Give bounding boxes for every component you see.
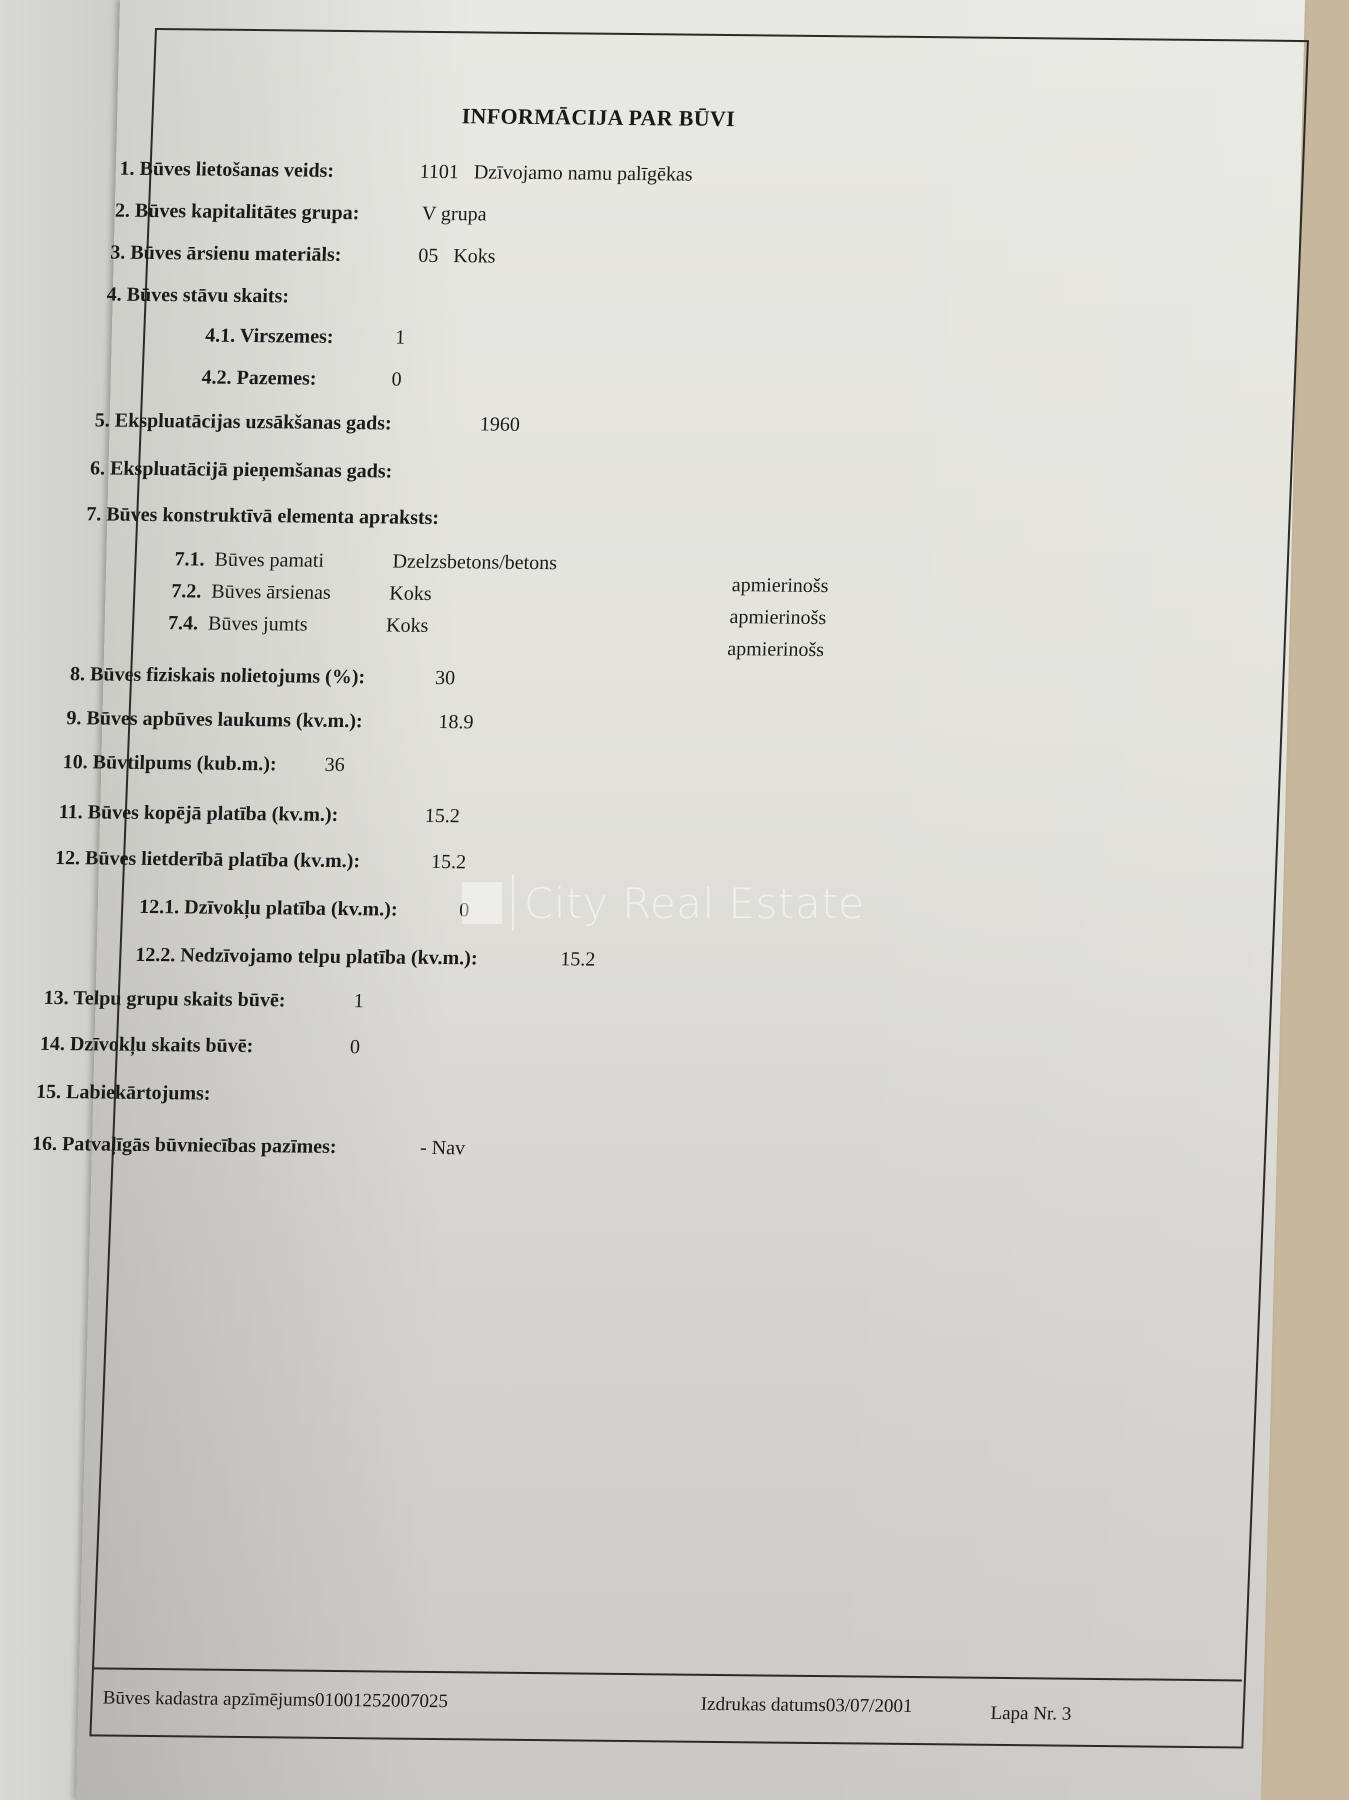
field-label: 12.2. Nedzīvojamo telpu platība (kv.m.): <box>135 944 478 970</box>
field-value: 15.2 <box>431 851 467 874</box>
field-label: 1. Būves lietošanas veids: <box>119 158 334 182</box>
field-label: 4.1. Virszemes: <box>205 325 334 348</box>
element-condition: apmierinošs <box>727 638 825 662</box>
field-value: 0 <box>349 1036 360 1059</box>
field-amenities: 15. Labiekārtojums: <box>36 1081 211 1106</box>
field-value: 05 Koks <box>418 245 496 269</box>
field-wall-material: 3. Būves ārsienu materiāls: 05 Koks <box>110 242 342 267</box>
element-name: Būves ārsienas <box>211 581 331 604</box>
field-label: 10. Būvtilpums (kub.m.): <box>62 751 277 775</box>
field-label: 7. Būves konstruktīvā elementa apraksts: <box>86 503 440 529</box>
field-label: 6. Ekspluatācijā pieņemšanas gads: <box>90 457 393 482</box>
field-label: 15. Labiekārtojums: <box>36 1081 211 1105</box>
element-number: 7.4. <box>168 612 204 634</box>
field-floors-above: 4.1. Virszemes: 1 <box>205 325 334 349</box>
field-useful-area: 12. Būves lietderībā platība (kv.m.): 15… <box>55 847 361 873</box>
page-number: Lapa Nr. 3 <box>990 1703 1072 1726</box>
field-floors-below: 4.2. Pazemes: 0 <box>201 367 317 391</box>
field-apartment-count: 14. Dzīvokļu skaits būvē: 0 <box>39 1033 253 1058</box>
field-value: - Nav <box>420 1137 466 1160</box>
watermark-text: City Real Estate <box>524 879 865 928</box>
field-value: 36 <box>324 754 345 777</box>
field-value: 1 <box>395 327 406 350</box>
field-label: 11. Būves kopējā platība (kv.m.): <box>58 801 338 826</box>
field-label: 4. Būves stāvu skaits: <box>106 284 289 308</box>
field-nonresidential-area: 12.2. Nedzīvojamo telpu platība (kv.m.):… <box>135 944 478 971</box>
print-date: Izdrukas datums03/07/2001 <box>700 1694 912 1718</box>
field-capital-group: 2. Būves kapitalitātes grupa: V grupa <box>115 200 360 226</box>
cadastre-designation: Būves kadastra apzīmējums01001252007025 <box>102 1688 448 1714</box>
field-unauthorized-construction: 16. Patvaļīgās būvniecības pazīmes: - Na… <box>32 1133 337 1159</box>
field-physical-wear: 8. Būves fiziskais nolietojums (%): 30 <box>70 663 366 689</box>
element-name: Būves pamati <box>214 549 324 572</box>
element-number: 7.2. <box>171 580 207 602</box>
watermark-logo-icon <box>462 882 502 924</box>
field-operation-start-year: 5. Ekspluatācijas uzsākšanas gads: 1960 <box>94 409 392 435</box>
field-structural-elements: 7. Būves konstruktīvā elementa apraksts: <box>86 503 440 530</box>
field-label: 5. Ekspluatācijas uzsākšanas gads: <box>94 409 392 434</box>
field-acceptance-year: 6. Ekspluatācijā pieņemšanas gads: <box>90 457 393 483</box>
watermark-divider <box>512 875 514 931</box>
field-label: 13. Telpu grupu skaits būvē: <box>43 987 286 1012</box>
field-label: 2. Būves kapitalitātes grupa: <box>115 200 360 225</box>
element-condition: apmierinošs <box>729 606 827 630</box>
field-value: 0 <box>391 369 402 392</box>
field-total-area: 11. Būves kopējā platība (kv.m.): 15.2 <box>58 801 338 827</box>
field-label: 3. Būves ārsienu materiāls: <box>110 242 342 266</box>
field-value: 1101 Dzīvojamo namu palīgēkas <box>419 161 693 187</box>
field-label: 9. Būves apbūves laukums (kv.m.): <box>66 707 363 732</box>
element-name: Būves jumts <box>208 613 308 636</box>
field-room-groups: 13. Telpu grupu skaits būvē: 1 <box>43 987 286 1013</box>
element-condition: apmierinošs <box>731 574 829 598</box>
field-label: 12.1. Dzīvokļu platība (kv.m.): <box>139 896 398 921</box>
field-label: 8. Būves fiziskais nolietojums (%): <box>70 663 366 688</box>
field-value: 30 <box>435 667 456 690</box>
field-value: 1960 <box>479 413 520 436</box>
field-usage-type: 1. Būves lietošanas veids: 1101 Dzīvojam… <box>119 158 334 183</box>
field-floor-count: 4. Būves stāvu skaits: <box>106 284 289 309</box>
page-title: INFORMĀCIJA PAR BŪVI <box>461 103 735 132</box>
element-row: 7.2. Būves ārsienas Koks <box>171 580 331 605</box>
field-value: 15.2 <box>560 948 596 971</box>
element-number: 7.1. <box>174 548 210 570</box>
element-material: Dzelzsbetons/betons <box>392 551 557 576</box>
field-label: 12. Būves lietderībā platība (kv.m.): <box>55 847 361 872</box>
element-row: 7.4. Būves jumts Koks <box>168 612 308 636</box>
field-value: 1 <box>353 990 364 1013</box>
field-volume: 10. Būvtilpums (kub.m.): 36 <box>62 751 277 776</box>
element-material: Koks <box>386 614 429 637</box>
element-row: 7.1. Būves pamati Dzelzsbetons/betons <box>174 548 324 573</box>
field-label: 4.2. Pazemes: <box>201 367 317 390</box>
watermark: City Real Estate <box>462 878 865 928</box>
field-built-area: 9. Būves apbūves laukums (kv.m.): 18.9 <box>66 707 363 733</box>
field-label: 16. Patvaļīgās būvniecības pazīmes: <box>32 1133 337 1158</box>
field-value: 18.9 <box>438 711 474 734</box>
field-value: V grupa <box>421 203 487 227</box>
element-material: Koks <box>389 582 432 605</box>
field-apartment-area: 12.1. Dzīvokļu platība (kv.m.): 0 <box>139 896 398 922</box>
field-label: 14. Dzīvokļu skaits būvē: <box>40 1033 254 1057</box>
field-value: 15.2 <box>424 805 460 828</box>
